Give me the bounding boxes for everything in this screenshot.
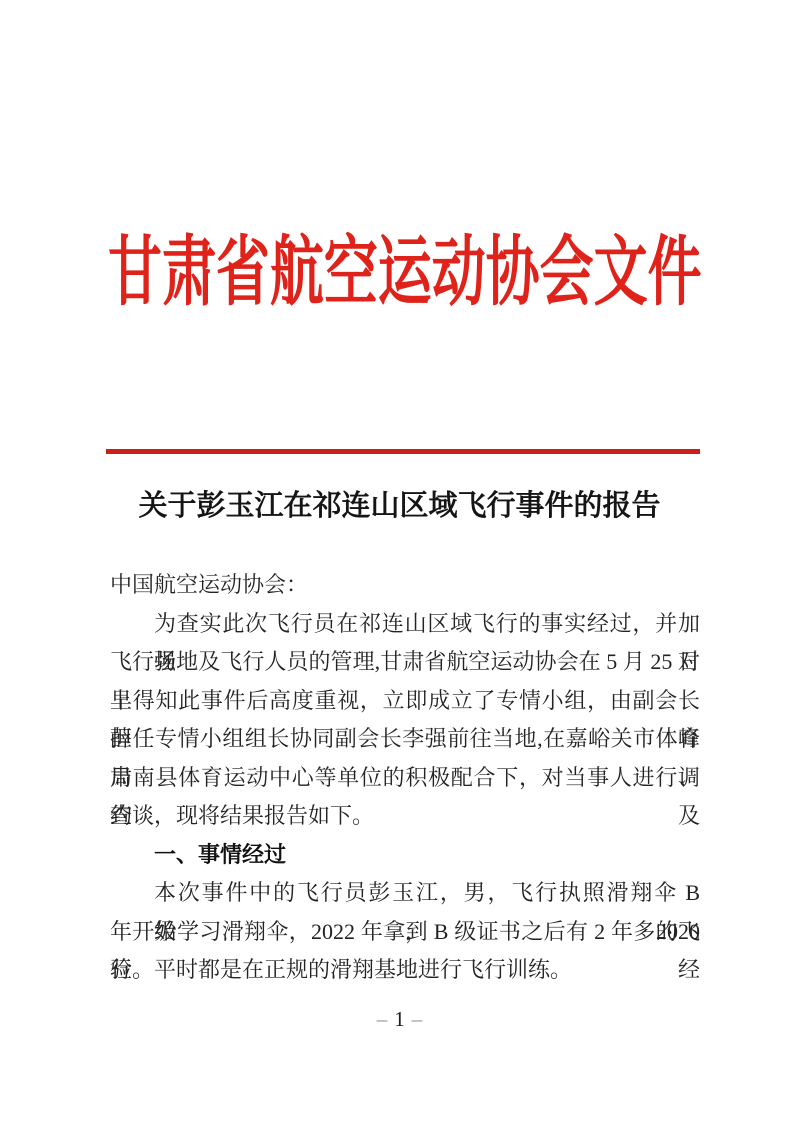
footer-right-dash: – xyxy=(412,1007,423,1031)
letterhead-title: 甘肃省航空运动协会文件 xyxy=(108,230,702,316)
page-footer: –1– xyxy=(0,1006,799,1032)
red-divider-line xyxy=(106,449,700,454)
salutation-line: 中国航空运动协会： xyxy=(110,566,700,605)
body-line: 担任专情小组组长协同副会长李强前往当地,在嘉峪关市体育局、 xyxy=(110,720,700,759)
document-page: 甘肃省航空运动协会文件 关于彭玉江在祁连山区域飞行事件的报告 中国航空运动协会：… xyxy=(0,0,799,1131)
body-line: 飞行场地及飞行人员的管理,甘肃省航空运动协会在 5 月 25 日早 xyxy=(110,643,700,682)
letterhead: 甘肃省航空运动协会文件 xyxy=(108,230,700,316)
page-number: 1 xyxy=(394,1007,405,1031)
document-body: 中国航空运动协会： 为查实此次飞行员在祁连山区域飞行的事实经过，并加强对 飞行场… xyxy=(110,566,700,990)
body-line: 年开始学习滑翔伞，2022 年拿到 B 级证书之后有 2 年多的飞行经 xyxy=(110,913,700,952)
body-line: 本次事件中的飞行员彭玉江，男，飞行执照滑翔伞 B 级，2020 xyxy=(110,874,700,913)
document-title: 关于彭玉江在祁连山区域飞行事件的报告 xyxy=(0,486,799,526)
section-heading: 一、事情经过 xyxy=(110,836,700,875)
body-line: 为查实此次飞行员在祁连山区域飞行的事实经过，并加强对 xyxy=(110,605,700,644)
body-line: 上得知此事件后高度重视，立即成立了专情小组，由副会长薛峰 xyxy=(110,682,700,721)
body-line: 肃南县体育运动中心等单位的积极配合下，对当事人进行调查及 xyxy=(110,759,700,798)
footer-left-dash: – xyxy=(377,1007,388,1031)
